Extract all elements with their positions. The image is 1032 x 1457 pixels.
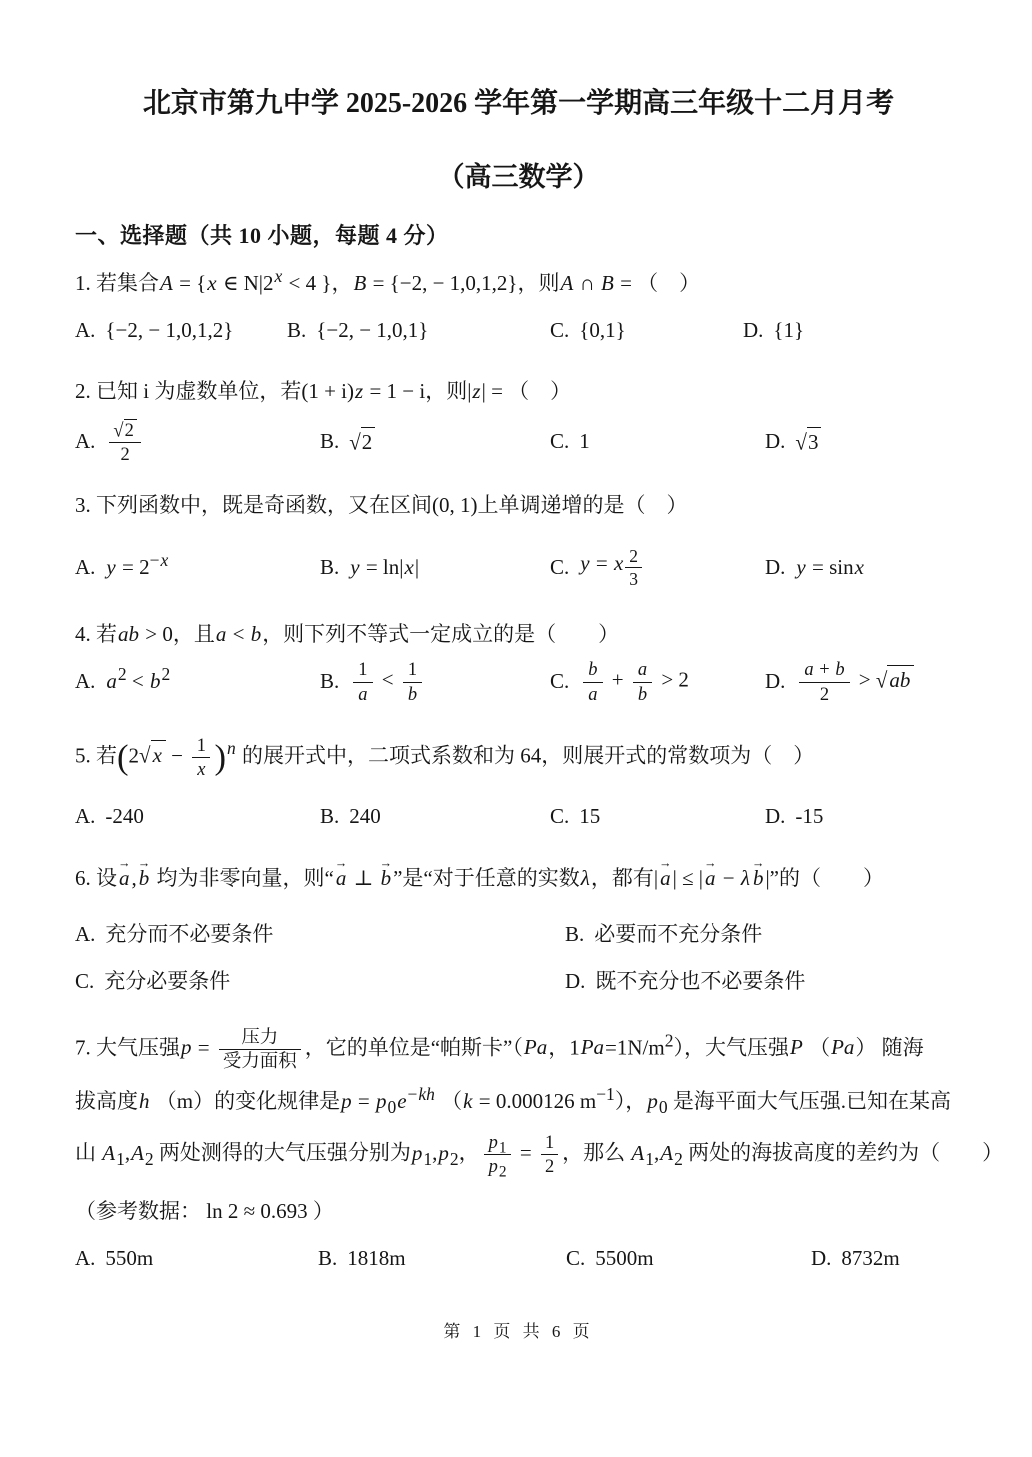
- question-2-stem: 2. 已知 i 为虚数单位，若(1 + i)z = 1 − i，则|z| = （…: [75, 377, 962, 407]
- option-value: 充分而不必要条件: [105, 920, 273, 950]
- option-value: y = ln|x|: [349, 553, 419, 583]
- option-value: 1818m: [347, 1244, 405, 1274]
- page-title: 北京市第九中学 2025-2026 学年第一学期高三年级十二月月考: [75, 86, 962, 121]
- question-6-options-row-1: A.充分而不必要条件 B.必要而不充分条件: [75, 920, 962, 950]
- question-3: 3. 下列函数中，既是奇函数，又在区间(0, 1)上单调递增的是（ ） A.y …: [75, 491, 962, 590]
- option-value: a + b2 > √ab: [795, 659, 914, 705]
- option-value: -15: [795, 802, 823, 832]
- question-4-option-c: C.ba + ab > 2: [550, 659, 765, 705]
- question-3-option-d: D.y = sinx: [765, 553, 962, 583]
- question-5-option-d: D.-15: [765, 802, 962, 832]
- question-3-stem: 3. 下列函数中，既是奇函数，又在区间(0, 1)上单调递增的是（ ）: [75, 491, 962, 521]
- option-value: 既不充分也不必要条件: [595, 967, 805, 997]
- option-value: √3: [795, 427, 821, 458]
- option-value: 8732m: [841, 1244, 899, 1274]
- option-label: B.: [320, 802, 339, 832]
- option-label: B.: [320, 667, 339, 697]
- question-5-option-a: A.-240: [75, 802, 320, 832]
- option-label: C.: [550, 316, 569, 346]
- option-label: D.: [765, 553, 785, 583]
- option-value: {0,1}: [579, 316, 625, 346]
- option-label: C.: [550, 427, 569, 457]
- question-4-option-d: D.a + b2 > √ab: [765, 659, 962, 705]
- option-label: C.: [75, 967, 94, 997]
- question-6-option-b: B.必要而不充分条件: [565, 920, 962, 950]
- question-5: 5. 若(2√x − 1x)n 的展开式中，二项式系数和为 64，则展开式的常数…: [75, 735, 962, 832]
- question-7-stem-line-2: 拔高度h （m）的变化规律是p = p0e−kh （k = 0.000126 m…: [75, 1087, 962, 1117]
- question-7-option-b: B.1818m: [318, 1244, 566, 1274]
- question-2-option-c: C.1: [550, 427, 765, 457]
- question-1-options: A.{−2, − 1,0,1,2} B.{−2, − 1,0,1} C.{0,1…: [75, 316, 962, 346]
- question-7-stem-line-1: 7. 大气压强p = 压力受力面积，它的单位是“帕斯卡”（Pa，1Pa=1N/m…: [75, 1027, 962, 1073]
- question-7-option-c: C.5500m: [566, 1244, 811, 1274]
- question-3-option-b: B.y = ln|x|: [320, 553, 550, 583]
- question-3-option-c: C.y = x23: [550, 546, 765, 589]
- option-label: B.: [287, 316, 306, 346]
- question-2: 2. 已知 i 为虚数单位，若(1 + i)z = 1 − i，则|z| = （…: [75, 377, 962, 465]
- option-label: C.: [550, 802, 569, 832]
- option-label: C.: [566, 1244, 585, 1274]
- option-value: {1}: [773, 316, 804, 346]
- question-3-options: A.y = 2−x B.y = ln|x| C.y = x23 D.y = si…: [75, 546, 962, 589]
- question-5-stem: 5. 若(2√x − 1x)n 的展开式中，二项式系数和为 64，则展开式的常数…: [75, 735, 962, 781]
- question-2-option-a: A.√22: [75, 419, 320, 466]
- question-4-option-a: A.a2 < b2: [75, 667, 320, 697]
- question-2-option-d: D.√3: [765, 427, 962, 458]
- option-label: C.: [550, 667, 569, 697]
- question-1-option-c: C.{0,1}: [550, 316, 743, 346]
- option-value: 1: [579, 427, 590, 457]
- section-heading: 一、选择题（共 10 小题，每题 4 分）: [75, 220, 962, 251]
- option-value: 1a < 1b: [349, 659, 426, 705]
- option-value: y = x23: [579, 546, 643, 589]
- question-6-option-d: D.既不充分也不必要条件: [565, 967, 962, 997]
- question-7-option-a: A.550m: [75, 1244, 318, 1274]
- question-4-stem: 4. 若ab > 0，且a < b，则下列不等式一定成立的是（ ）: [75, 620, 962, 650]
- option-label: A.: [75, 553, 95, 583]
- question-5-options: A.-240 B.240 C.15 D.-15: [75, 802, 962, 832]
- option-label: A.: [75, 802, 95, 832]
- option-label: A.: [75, 667, 95, 697]
- question-6-option-c: C.充分必要条件: [75, 967, 565, 997]
- page-number: 第 1 页 共 6 页: [75, 1320, 962, 1344]
- question-4-options: A.a2 < b2 B.1a < 1b C.ba + ab > 2 D.a + …: [75, 659, 962, 705]
- option-value: 充分必要条件: [104, 967, 230, 997]
- option-value: 必要而不充分条件: [594, 920, 762, 950]
- option-value: {−2, − 1,0,1}: [316, 316, 428, 346]
- question-6-stem: 6. 设a,b 均为非零向量，则“a ⊥ b”是“对于任意的实数λ，都有|a| …: [75, 864, 962, 894]
- question-5-option-b: B.240: [320, 802, 550, 832]
- option-label: B.: [320, 427, 339, 457]
- option-value: ba + ab > 2: [579, 659, 689, 705]
- option-value: y = sinx: [795, 553, 865, 583]
- question-1: 1. 若集合A = {x ∈ N|2x < 4 }，B = {−2, − 1,0…: [75, 269, 962, 347]
- option-label: D.: [811, 1244, 831, 1274]
- question-6-option-a: A.充分而不必要条件: [75, 920, 565, 950]
- question-5-option-c: C.15: [550, 802, 765, 832]
- option-label: D.: [765, 427, 785, 457]
- question-1-stem: 1. 若集合A = {x ∈ N|2x < 4 }，B = {−2, − 1,0…: [75, 269, 962, 299]
- option-label: D.: [565, 967, 585, 997]
- option-label: B.: [318, 1244, 337, 1274]
- option-label: D.: [743, 316, 763, 346]
- option-label: B.: [565, 920, 584, 950]
- option-value: y = 2−x: [105, 553, 169, 583]
- option-label: A.: [75, 920, 95, 950]
- option-value: -240: [105, 802, 144, 832]
- option-value: √22: [105, 419, 144, 466]
- question-2-options: A.√22 B.√2 C.1 D.√3: [75, 419, 962, 466]
- option-value: {−2, − 1,0,1,2}: [105, 316, 233, 346]
- question-7-stem-line-3: 山 A1,A2 两处测得的大气压强分别为p1,p2，p1p2 = 12，那么 A…: [75, 1132, 962, 1178]
- exam-page: 北京市第九中学 2025-2026 学年第一学期高三年级十二月月考 （高三数学）…: [0, 0, 1032, 1344]
- option-label: A.: [75, 1244, 95, 1274]
- question-6: 6. 设a,b 均为非零向量，则“a ⊥ b”是“对于任意的实数λ，都有|a| …: [75, 864, 962, 996]
- question-7-reference-data: （参考数据： ln 2 ≈ 0.693 ）: [75, 1197, 962, 1227]
- question-1-option-d: D.{1}: [743, 316, 962, 346]
- question-1-option-a: A.{−2, − 1,0,1,2}: [75, 316, 287, 346]
- option-value: 240: [349, 802, 381, 832]
- question-4-option-b: B.1a < 1b: [320, 659, 550, 705]
- question-7-option-d: D.8732m: [811, 1244, 962, 1274]
- option-label: A.: [75, 316, 95, 346]
- question-6-options-row-2: C.充分必要条件 D.既不充分也不必要条件: [75, 967, 962, 997]
- option-label: C.: [550, 553, 569, 583]
- question-7: 7. 大气压强p = 压力受力面积，它的单位是“帕斯卡”（Pa，1Pa=1N/m…: [75, 1027, 962, 1274]
- option-value: 15: [579, 802, 600, 832]
- option-value: 5500m: [595, 1244, 653, 1274]
- option-label: A.: [75, 427, 95, 457]
- question-7-options: A.550m B.1818m C.5500m D.8732m: [75, 1244, 962, 1274]
- option-value: 550m: [105, 1244, 153, 1274]
- option-label: D.: [765, 667, 785, 697]
- question-1-option-b: B.{−2, − 1,0,1}: [287, 316, 550, 346]
- question-3-option-a: A.y = 2−x: [75, 553, 320, 583]
- option-label: B.: [320, 553, 339, 583]
- option-value: a2 < b2: [105, 667, 170, 697]
- option-value: √2: [349, 427, 375, 458]
- question-4: 4. 若ab > 0，且a < b，则下列不等式一定成立的是（ ） A.a2 <…: [75, 620, 962, 705]
- question-2-option-b: B.√2: [320, 427, 550, 458]
- page-subtitle: （高三数学）: [75, 158, 962, 196]
- option-label: D.: [765, 802, 785, 832]
